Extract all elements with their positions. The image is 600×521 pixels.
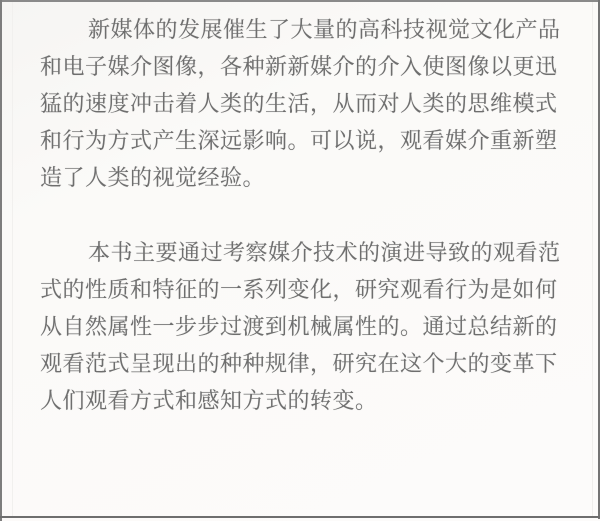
body-text: 新媒体的发展催生了大量的高科技视觉文化产品 和电子媒介图像，各种新新媒介的介入使…: [40, 11, 560, 419]
scan-border-bottom: [0, 516, 600, 518]
text-line: 猛的速度冲击着人类的生活，从而对人类的思维模式: [40, 85, 560, 122]
text-line: 式的性质和特征的一系列变化，研究观看行为是如何: [40, 271, 560, 308]
text-line: 观看范式呈现出的种种规律，研究在这个大的变革下: [40, 345, 560, 382]
paper-crease-left: [12, 2, 13, 516]
text-line: 人们观看方式和感知方式的转变。: [40, 382, 560, 419]
page-edge-line: [592, 2, 593, 516]
text-line: 造了人类的视觉经验。: [40, 159, 560, 196]
paragraph: 新媒体的发展催生了大量的高科技视觉文化产品 和电子媒介图像，各种新新媒介的介入使…: [40, 11, 560, 196]
text-line: 从自然属性一步步过渡到机械属性的。通过总结新的: [40, 308, 560, 345]
text-line: 和行为方式产生深远影响。可以说，观看媒介重新塑: [40, 122, 560, 159]
text-line: 和电子媒介图像，各种新新媒介的介入使图像以更迅: [40, 48, 560, 85]
text-line: 本书主要通过考察媒介技术的演进导致的观看范: [40, 234, 560, 271]
scanned-page: 新媒体的发展催生了大量的高科技视觉文化产品 和电子媒介图像，各种新新媒介的介入使…: [0, 0, 600, 521]
scan-border-top: [0, 0, 600, 2]
paragraph: 本书主要通过考察媒介技术的演进导致的观看范 式的性质和特征的一系列变化，研究观看…: [40, 234, 560, 419]
scan-border-left: [0, 0, 2, 521]
text-line: 新媒体的发展催生了大量的高科技视觉文化产品: [40, 11, 560, 48]
